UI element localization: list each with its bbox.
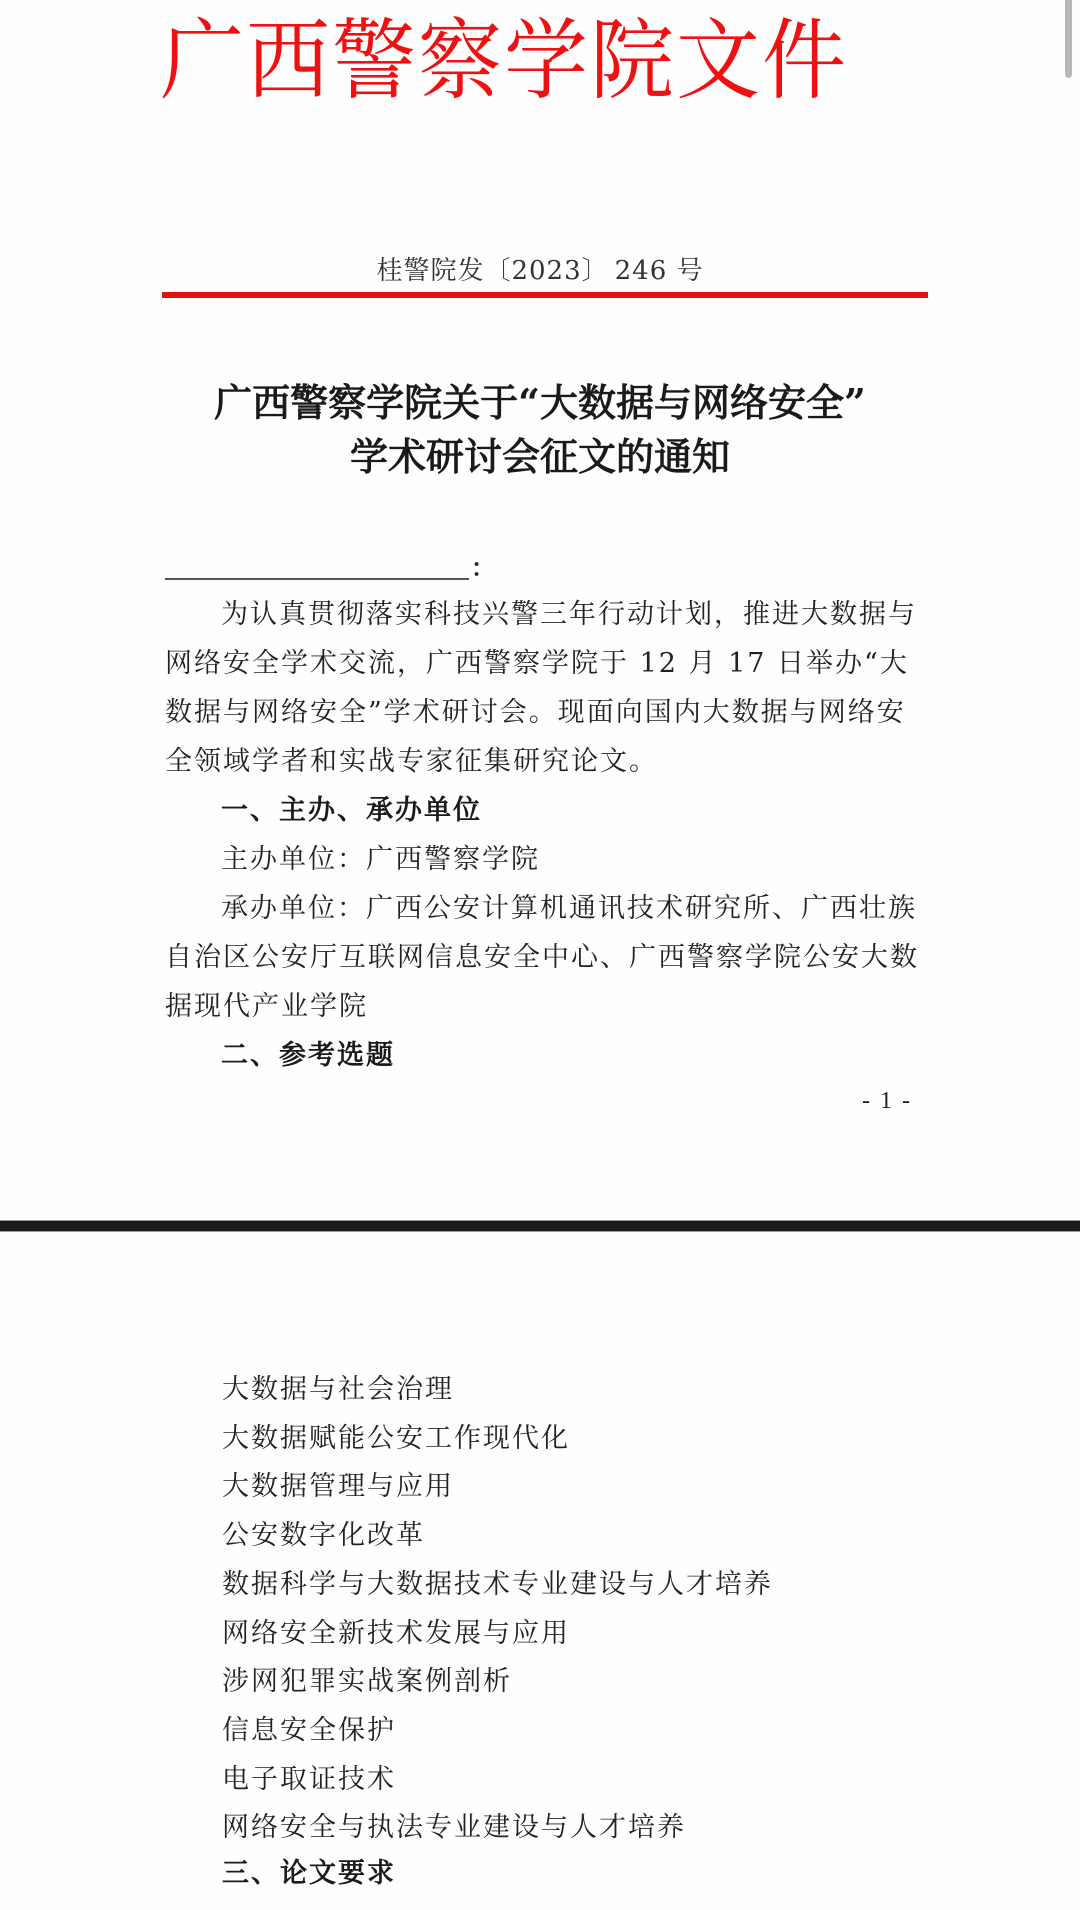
- section-3-heading: 三、论文要求: [222, 1854, 396, 1894]
- list-item: 电子取证技术: [222, 1756, 773, 1805]
- salutation-blank-line: [165, 578, 469, 580]
- document-page-1: 广西警察学院文件 桂警院发〔2023〕246 号 广西警察学院关于“大数据与网络…: [0, 0, 1080, 1220]
- vertical-scrollbar[interactable]: [1065, 0, 1072, 78]
- list-item: 大数据管理与应用: [222, 1463, 773, 1512]
- document-title: 广西警察学院关于“大数据与网络安全” 学术研讨会征文的通知: [0, 378, 1080, 482]
- document-masthead: 广西警察学院文件: [160, 8, 880, 113]
- intro-paragraph: 为认真贯彻落实科技兴警三年行动计划，推进大数据与网络安全学术交流，广西警察学院于…: [165, 590, 925, 786]
- host-unit: 主办单位：广西警察学院: [165, 835, 925, 884]
- list-item: 大数据与社会治理: [222, 1366, 773, 1415]
- list-item: 数据科学与大数据技术专业建设与人才培养: [222, 1561, 773, 1610]
- list-item: 大数据赋能公安工作现代化: [222, 1415, 773, 1464]
- page-number: - 1 -: [862, 1088, 912, 1115]
- document-number-value: 246 号: [615, 256, 704, 286]
- organizer-units: 承办单位：广西公安计算机通讯技术研究所、广西壮族自治区公安厅互联网信息安全中心、…: [165, 884, 925, 1031]
- section-2-heading: 二、参考选题: [165, 1031, 925, 1080]
- reference-topics-list: 大数据与社会治理 大数据赋能公安工作现代化 大数据管理与应用 公安数字化改革 数…: [222, 1366, 773, 1853]
- list-item: 网络安全新技术发展与应用: [222, 1610, 773, 1659]
- salutation: ：: [165, 556, 495, 586]
- document-number-code: 桂警院发〔2023〕: [376, 256, 608, 286]
- list-item: 网络安全与执法专业建设与人才培养: [222, 1804, 773, 1853]
- list-item: 信息安全保护: [222, 1707, 773, 1756]
- list-item: 涉网犯罪实战案例剖析: [222, 1658, 773, 1707]
- document-title-line-1: 广西警察学院关于“大数据与网络安全”: [214, 380, 866, 425]
- salutation-colon: ：: [471, 553, 495, 582]
- page-divider: [0, 1220, 1080, 1232]
- section-1-heading: 一、主办、承办单位: [165, 786, 925, 835]
- list-item: 公安数字化改革: [222, 1512, 773, 1561]
- document-number: 桂警院发〔2023〕246 号: [0, 254, 1080, 288]
- document-title-line-2: 学术研讨会征文的通知: [0, 432, 1080, 482]
- red-header-rule: [162, 292, 928, 298]
